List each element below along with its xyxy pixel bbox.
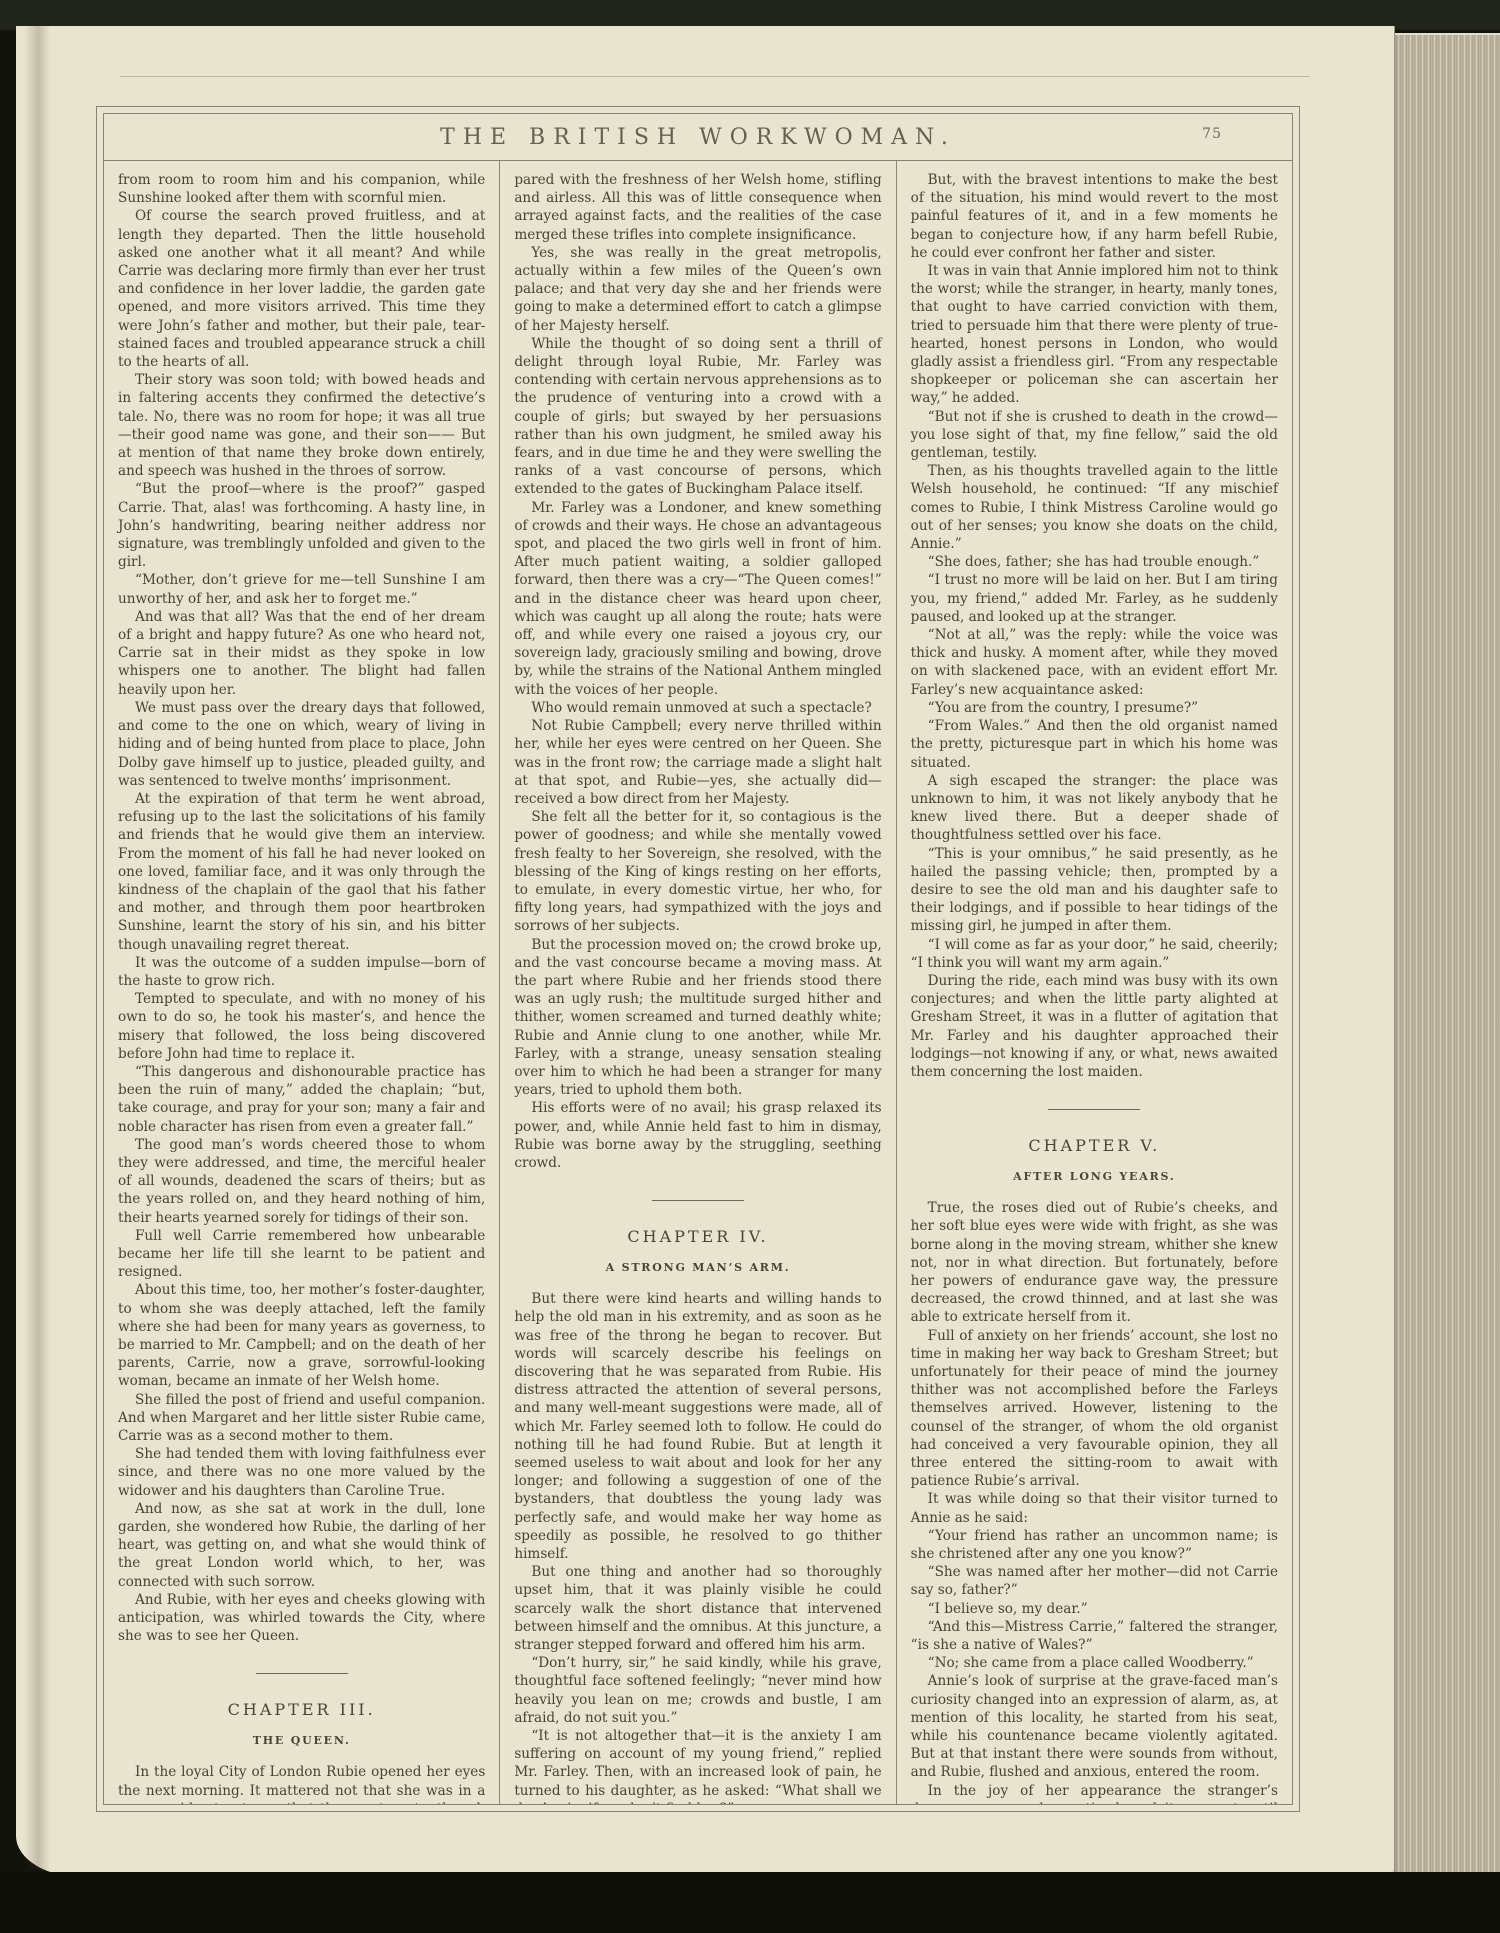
story-paragraph: We must pass over the dreary days that f…: [118, 699, 485, 790]
story-paragraph: “I trust no more will be laid on her. Bu…: [911, 571, 1278, 626]
story-paragraph: During the ride, each mind was busy with…: [911, 972, 1278, 1081]
chapter-subtitle: AFTER LONG YEARS.: [911, 1170, 1278, 1183]
story-paragraph: “And this—Mistress Carrie,” faltered the…: [911, 1618, 1278, 1654]
chapter-title: CHAPTER III.: [118, 1700, 485, 1719]
story-paragraph: It was while doing so that their visitor…: [911, 1490, 1278, 1526]
chapter-heading: CHAPTER IV.A STRONG MAN’S ARM.: [514, 1200, 881, 1274]
story-paragraph: Not Rubie Campbell; every nerve thrilled…: [514, 717, 881, 808]
story-paragraph: pared with the freshness of her Welsh ho…: [514, 171, 881, 244]
story-paragraph: “This is your omnibus,” he said presentl…: [911, 845, 1278, 936]
story-paragraph: “You are from the country, I presume?”: [911, 699, 1278, 717]
story-paragraph: Full well Carrie remembered how unbearab…: [118, 1227, 485, 1282]
story-paragraph: A sigh escaped the stranger: the place w…: [911, 772, 1278, 845]
story-paragraph: It was in vain that Annie implored him n…: [911, 262, 1278, 408]
story-paragraph: In the joy of her appearance the strange…: [911, 1782, 1278, 1804]
story-paragraph: Of course the search proved fruitless, a…: [118, 207, 485, 371]
story-paragraph: She had tended them with loving faithful…: [118, 1445, 485, 1500]
story-paragraph: But the procession moved on; the crowd b…: [514, 936, 881, 1100]
story-paragraph: And was that all? Was that the end of he…: [118, 608, 485, 699]
story-paragraph: Full of anxiety on her friends’ account,…: [911, 1327, 1278, 1491]
section-divider-rule: [1048, 1109, 1140, 1110]
story-paragraph: “I will come as far as your door,” he sa…: [911, 936, 1278, 972]
chapter-title: CHAPTER IV.: [514, 1227, 881, 1246]
masthead: THE BRITISH WORKWOMAN. 75: [104, 114, 1292, 161]
story-paragraph: Annie’s look of surprise at the grave-fa…: [911, 1672, 1278, 1781]
story-paragraph: “From Wales.” And then the old organist …: [911, 717, 1278, 772]
page-number: 75: [1202, 126, 1222, 142]
paper-top-edge-line: [120, 76, 1310, 77]
chapter-heading: CHAPTER III.THE QUEEN.: [118, 1673, 485, 1747]
publication-title: THE BRITISH WORKWOMAN.: [440, 125, 956, 150]
story-paragraph: “But the proof—where is the proof?” gasp…: [118, 480, 485, 571]
story-paragraph: from room to room him and his companion,…: [118, 171, 485, 207]
story-paragraph: And now, as she sat at work in the dull,…: [118, 1500, 485, 1591]
story-paragraph: Mr. Farley was a Londoner, and knew some…: [514, 499, 881, 699]
story-paragraph: True, the roses died out of Rubie’s chee…: [911, 1199, 1278, 1326]
story-paragraph: “Your friend has rather an uncommon name…: [911, 1527, 1278, 1563]
scan-bottom-bar: [0, 1872, 1500, 1933]
story-paragraph: Tempted to speculate, and with no money …: [118, 990, 485, 1063]
story-paragraph: “But not if she is crushed to death in t…: [911, 408, 1278, 463]
story-paragraph: She filled the post of friend and useful…: [118, 1391, 485, 1446]
story-paragraph: Yes, she was really in the great metropo…: [514, 244, 881, 335]
story-paragraph: Their story was soon told; with bowed he…: [118, 371, 485, 480]
chapter-subtitle: THE QUEEN.: [118, 1734, 485, 1747]
story-paragraph: “No; she came from a place called Woodbe…: [911, 1654, 1278, 1672]
text-column-1: from room to room him and his companion,…: [104, 161, 499, 1804]
story-paragraph: She felt all the better for it, so conta…: [514, 808, 881, 935]
story-paragraph: While the thought of so doing sent a thr…: [514, 335, 881, 499]
story-paragraph: “Don’t hurry, sir,” he said kindly, whil…: [514, 1654, 881, 1727]
text-column-3: But, with the bravest intentions to make…: [896, 161, 1292, 1804]
story-paragraph: Then, as his thoughts travelled again to…: [911, 462, 1278, 553]
text-column-2: pared with the freshness of her Welsh ho…: [499, 161, 895, 1804]
content-columns: from room to room him and his companion,…: [104, 161, 1292, 1804]
story-paragraph: “She does, father; she has had trouble e…: [911, 553, 1278, 571]
story-paragraph: “Mother, don’t grieve for me—tell Sunshi…: [118, 571, 485, 607]
book-fore-edge: [1392, 33, 1500, 1933]
story-paragraph: Who would remain unmoved at such a spect…: [514, 699, 881, 717]
story-paragraph: In the loyal City of London Rubie opened…: [118, 1763, 485, 1804]
printed-page-inner-frame: THE BRITISH WORKWOMAN. 75 from room to r…: [103, 113, 1293, 1805]
story-paragraph: But one thing and another had so thoroug…: [514, 1563, 881, 1654]
story-paragraph: “I believe so, my dear.”: [911, 1600, 1278, 1618]
section-divider-rule: [652, 1200, 744, 1201]
story-paragraph: About this time, too, her mother’s foste…: [118, 1281, 485, 1390]
binding-crease: [24, 26, 50, 1872]
story-paragraph: At the expiration of that term he went a…: [118, 790, 485, 954]
story-paragraph: The good man’s words cheered those to wh…: [118, 1136, 485, 1227]
chapter-heading: CHAPTER V.AFTER LONG YEARS.: [911, 1109, 1278, 1183]
scanned-periodical-page: { "theme": { "paper_color": "#e9e4d0", "…: [0, 0, 1500, 1933]
story-paragraph: “She was named after her mother—did not …: [911, 1563, 1278, 1599]
story-paragraph: And Rubie, with her eyes and cheeks glow…: [118, 1591, 485, 1646]
chapter-title: CHAPTER V.: [911, 1136, 1278, 1155]
printed-page-frame: THE BRITISH WORKWOMAN. 75 from room to r…: [96, 106, 1300, 1812]
story-paragraph: It was the outcome of a sudden impulse—b…: [118, 954, 485, 990]
story-paragraph: “It is not altogether that—it is the anx…: [514, 1727, 881, 1804]
story-paragraph: His efforts were of no avail; his grasp …: [514, 1099, 881, 1172]
section-divider-rule: [256, 1673, 348, 1674]
story-paragraph: “This dangerous and dishonourable practi…: [118, 1063, 485, 1136]
story-paragraph: “Not at all,” was the reply: while the v…: [911, 626, 1278, 699]
story-paragraph: But, with the bravest intentions to make…: [911, 171, 1278, 262]
chapter-subtitle: A STRONG MAN’S ARM.: [514, 1261, 881, 1274]
story-paragraph: But there were kind hearts and willing h…: [514, 1290, 881, 1563]
